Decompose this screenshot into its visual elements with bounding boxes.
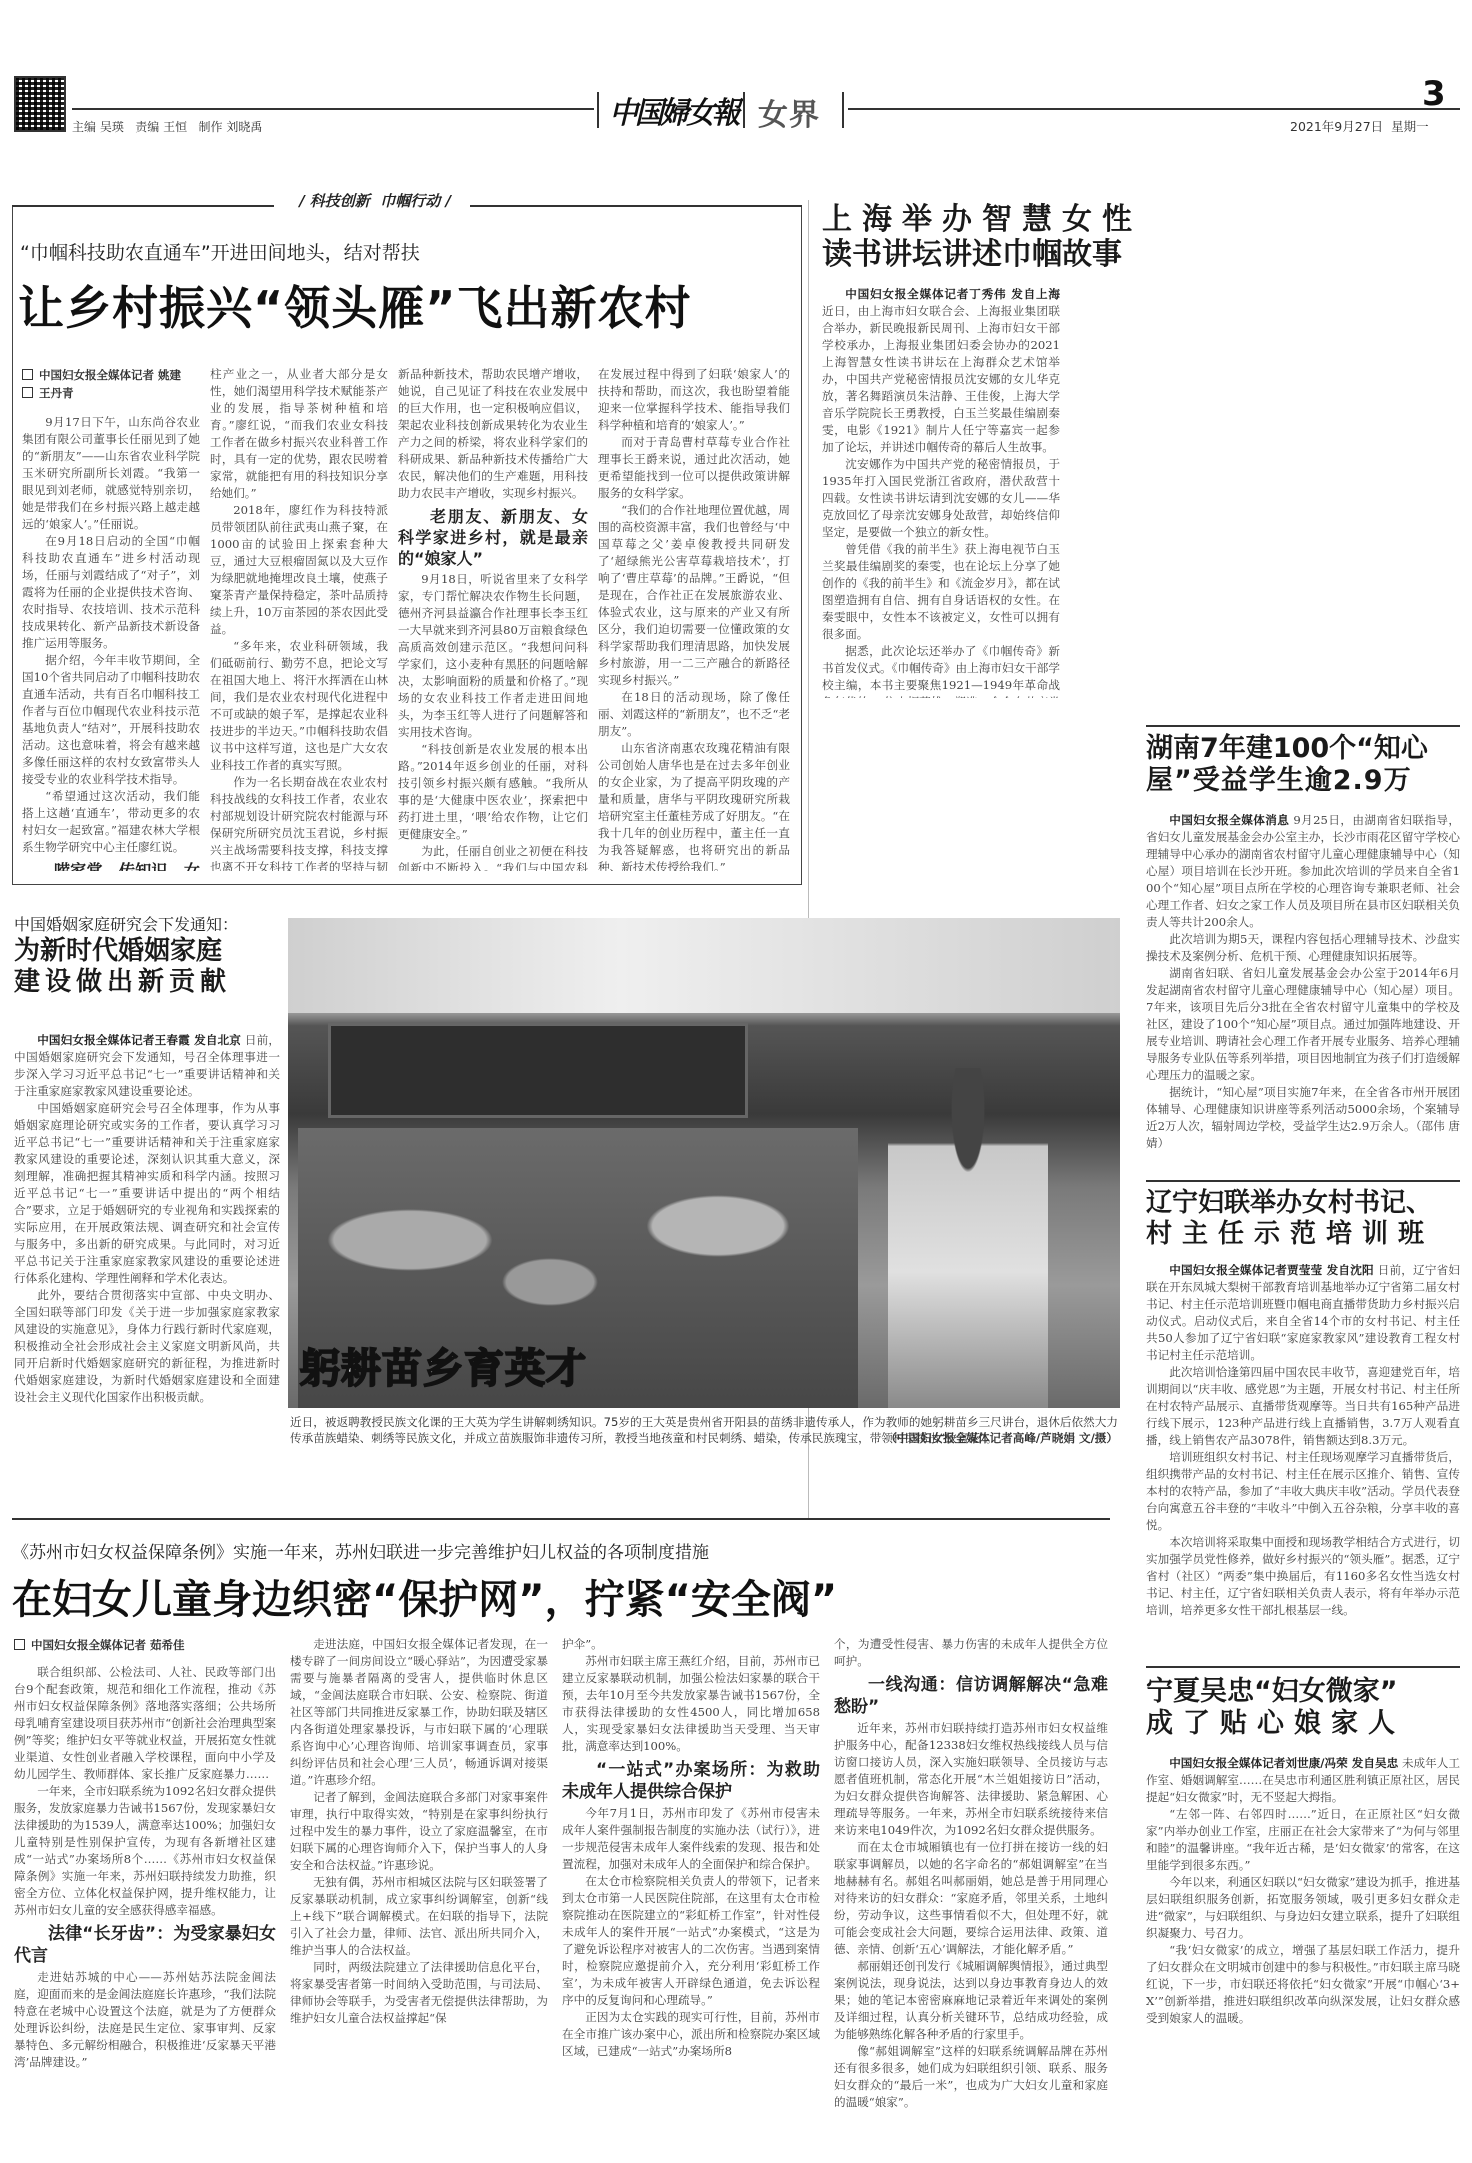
paragraph: “多年来，农业科研领域，我们砥砺前行、勤劳不息，把论文写在祖国大地上、将汗水挥洒… bbox=[210, 638, 388, 774]
paper-logo: 中国婦女報 bbox=[609, 88, 737, 132]
paragraph: 此外，要结合贯彻落实中宣部、中央文明办、全国妇联等部门印发《关于进一步加强家庭家… bbox=[14, 1287, 280, 1406]
paragraph: 湖南省妇联、省妇儿童发展基金会办公室于2014年6月发起湖南省农村留守儿童心理健… bbox=[1146, 965, 1460, 1084]
paragraph: 今年以来，利通区妇联以“妇女微家”建设为抓手，推进基层妇联组织服务创新，拓宽服务… bbox=[1146, 1874, 1460, 1942]
marriage-headline: 为新时代婚姻家庭 建设做出新贡献 bbox=[14, 936, 284, 997]
suzhou-subhead-1: 法律“长牙齿”：为受家暴妇女代言 bbox=[14, 1923, 276, 1967]
paragraph: 走进法庭，中国妇女报全媒体记者发现，在一楼专辟了一间房间设立“暖心驿站”，为因遭… bbox=[290, 1636, 548, 1789]
paragraph: 个，为遭受性侵害、暴力伤害的未成年人提供全方位呵护。 bbox=[834, 1636, 1108, 1670]
suzhou-headline: 在妇女儿童身边织密“保护网”，拧紧“安全阀” bbox=[12, 1568, 837, 1625]
marriage-kicker: 中国婚姻家庭研究会下发通知： bbox=[14, 912, 238, 935]
liaoning-body: 中国妇女报全媒体记者贾莹莹 发自沈阳 日前，辽宁省妇联在开东凤城大梨树干部教育培… bbox=[1146, 1262, 1460, 1634]
suzhou-kicker: 《苏州市妇女权益保障条例》实施一年来，苏州妇联进一步完善维护妇儿权益的各项制度措… bbox=[12, 1538, 709, 1563]
paragraph: 据悉，此次论坛还举办了《巾帼传奇》新书首发仪式。《巾帼传奇》由上海市妇女干部学校… bbox=[822, 643, 1060, 698]
shanghai-body: 中国妇女报全媒体记者丁秀伟 发自上海 近日，由上海市妇女联合会、上海报业集团联合… bbox=[822, 286, 1060, 698]
liaoning-headline: 辽宁妇联举办女村书记、 村主任示范培训班 bbox=[1146, 1188, 1462, 1249]
paragraph: 记者了解到，金阊法庭联合多部门对家事案件审理，执行中取得实效，“特别是在家事纠纷… bbox=[290, 1789, 548, 1874]
paragraph: 在太仓市检察院相关负责人的带领下，记者来到太仓市第一人民医院住院部，在这里有太仓… bbox=[562, 1873, 820, 2009]
lead-kicker: “巾帼科技助农直通车”开进田间地头，结对帮扶 bbox=[20, 238, 420, 265]
masthead-rule-right bbox=[848, 108, 1460, 110]
paragraph: 中国婚姻家庭研究会号召全体理事，作为从事婚姻家庭理论研究或实务的工作者，要认真学… bbox=[14, 1100, 280, 1287]
paragraph: 无独有偶，苏州市相城区法院与区妇联签署了反家暴联动机制，成立家事纠纷调解室，创新… bbox=[290, 1874, 548, 1959]
paragraph: 中国妇女报全媒体记者丁秀伟 发自上海 近日，由上海市妇女联合会、上海报业集团联合… bbox=[822, 286, 1060, 456]
paragraph: 中国妇女报全媒体记者王春霞 发自北京 日前，中国婚姻家庭研究会下发通知，号召全体… bbox=[14, 1032, 280, 1100]
suzhou-top-rule bbox=[12, 1518, 1110, 1520]
paragraph: 此次培训为期5天，课程内容包括心理辅导技术、沙盘实操技术及案例分析、危机干预、心… bbox=[1146, 931, 1460, 965]
paragraph: 正因为太仓实践的现实可行性，目前，苏州市在全市推广该办案中心，派出所和检察院办案… bbox=[562, 2009, 820, 2060]
hunan-rule bbox=[1146, 725, 1460, 727]
paragraph: 像“郝姐调解室”这样的妇联系统调解品牌在苏州还有很多很多，她们成为妇联组织引领、… bbox=[834, 2043, 1108, 2111]
page-number: 3 bbox=[1422, 74, 1446, 114]
paragraph: 新品种新技术，帮助农民增产增收，她说，自己见证了科技在农业发展中的巨大作用，也一… bbox=[398, 366, 588, 502]
classroom-photo: 躬耕苗乡育英才 bbox=[288, 918, 1120, 1408]
lead-col-4: 在发展过程中得到了妇联‘娘家人’的扶持和帮助，而这次，我也盼望着能迎来一位掌握科… bbox=[598, 366, 790, 871]
paragraph: 而对于青岛曹村草莓专业合作社理事长王爵来说，通过此次活动，她更希望能找到一位可以… bbox=[598, 434, 790, 502]
paragraph: 9月17日下午，山东尚谷农业集团有限公司董事长任丽见到了她的“新朋友”——山东省… bbox=[22, 414, 200, 533]
paragraph: 苏州市妇联主席王燕红介绍，目前，苏州市已建立反家暴联动机制，加强公检法妇家暴的联… bbox=[562, 1653, 820, 1755]
masthead-divider-right bbox=[842, 92, 844, 128]
paragraph: 而在太仓市城厢镇也有一位打拼在接访一线的妇联家事调解员，以她的名字命名的“郝姐调… bbox=[834, 1839, 1108, 1958]
suzhou-subhead-3: 一线沟通：信访调解解决“急难愁盼” bbox=[834, 1674, 1108, 1718]
paragraph: 走进姑苏城的中心——苏州姑苏法院金阊法庭，迎面而来的是金阊法庭庭长许惠珍，“我们… bbox=[14, 1969, 276, 2071]
hunan-headline: 湖南7年建100个“知心 屋”受益学生逾2.9万 bbox=[1146, 733, 1462, 797]
ningxia-headline: 宁夏吴忠“妇女微家” 成了贴心娘家人 bbox=[1146, 1676, 1462, 1740]
paragraph: 联合组织部、公检法司、人社、民政等部门出台9个配套政策，规范和细化工作流程，推动… bbox=[14, 1664, 276, 1783]
paragraph: 为此，任丽自创业之初便在科技创新中不断投入。“我们与中国农科院等建立了长期的合作… bbox=[398, 843, 588, 871]
photo-overlay-title: 躬耕苗乡育英才 bbox=[300, 1337, 587, 1394]
paragraph: 培训班组织女村书记、村主任现场观摩学习直播带货后，组织携带产品的女村书记、村主任… bbox=[1146, 1449, 1460, 1534]
paragraph: 近年来，苏州市妇联持续打造苏州市妇女权益维护服务中心，配备12338妇女维权热线… bbox=[834, 1720, 1108, 1839]
editor-credits: 主编 吴瑛 责编 王恒 制作 刘晓禹 bbox=[72, 118, 262, 135]
suzhou-byline: 中国妇女报全媒体记者 茹希佳 bbox=[14, 1636, 276, 1654]
lead-headline: 让乡村振兴“领头雁”飞出新农村 bbox=[18, 272, 691, 338]
liaoning-rule bbox=[1146, 1180, 1460, 1182]
lead-subhead-1: 唠家常、传知识，女农民有需求，女科学家有优势 bbox=[22, 860, 200, 871]
issue-date: 2021年9月27日 星期一 bbox=[1290, 117, 1429, 135]
paragraph: 郝丽娟还创刊发行《城厢调解舆情报》，通过典型案例说法，现身说法，达到以身边事教育… bbox=[834, 1958, 1108, 2043]
paragraph: 据介绍，今年丰收节期间，全国10个省共同启动了巾帼科技助农直通车活动，共有百名巾… bbox=[22, 652, 200, 788]
paragraph: 作为一名长期奋战在农业农村科技战线的女科技工作者，农业农村部规划设计研究院农村能… bbox=[210, 774, 388, 871]
byline-2: 王丹青 bbox=[22, 384, 200, 402]
paragraph: 本次培训将采取集中面授和现场教学相结合方式进行，切实加强学员党性修养，做好乡村振… bbox=[1146, 1534, 1460, 1619]
lead-subhead-2: 老朋友、新朋友、女科学家进乡村，就是最亲的“娘家人” bbox=[398, 506, 588, 569]
date-text: 2021年9月27日 bbox=[1290, 119, 1383, 134]
paragraph: 柱产业之一，从业者大部分是女性，她们渴望用科学技术赋能茶产业的发展，指导茶树种植… bbox=[210, 366, 388, 502]
ningxia-body: 中国妇女报全媒体记者刘世康/冯荣 发自吴忠 未成年人工作室、婚姻调解室……在吴忠… bbox=[1146, 1755, 1460, 2155]
marriage-body: 中国妇女报全媒体记者王春霞 发自北京 日前，中国婚姻家庭研究会下发通知，号召全体… bbox=[14, 1032, 280, 1492]
paragraph: 中国妇女报全媒体记者刘世康/冯荣 发自吴忠 未成年人工作室、婚姻调解室……在吴忠… bbox=[1146, 1755, 1460, 1806]
suzhou-subhead-2: “一站式”办案场所：为救助未成年人提供综合保护 bbox=[562, 1759, 820, 1803]
photo-caption: 近日，被返聘教授民族文化课的王大英为学生讲解刺绣知识。75岁的王大英是贵州省开阳… bbox=[290, 1414, 1118, 1446]
suzhou-col-4: 个，为遭受性侵害、暴力伤害的未成年人提供全方位呵护。 一线沟通：信访调解解决“急… bbox=[834, 1636, 1108, 2156]
paragraph: 沈安娜作为中国共产党的秘密情报员，于1935年打入国民党浙江省政府，潜伏敌营十四… bbox=[822, 456, 1060, 541]
masthead-divider-mid bbox=[743, 92, 745, 128]
suzhou-col-3: 护伞”。 苏州市妇联主席王燕红介绍，目前，苏州市已建立反家暴联动机制，加强公检法… bbox=[562, 1636, 820, 2156]
paragraph: 山东省济南惠农玫瑰花精油有限公司创始人唐华也是在过去多年创业的女企业家，为了提高… bbox=[598, 740, 790, 871]
lead-col-3: 新品种新技术，帮助农民增产增收，她说，自己见证了科技在农业发展中的巨大作用，也一… bbox=[398, 366, 588, 871]
paragraph: “左邻一阵、右邻四时……”近日，在正原社区“妇女微家”内举办创业工作室，庄丽正在… bbox=[1146, 1806, 1460, 1874]
weekday-text: 星期一 bbox=[1391, 119, 1429, 134]
paragraph: 据统计，“知心屋”项目实施7年来，在全省各市州开展团体辅导、心理健康知识讲座等系… bbox=[1146, 1084, 1460, 1152]
paragraph: 在发展过程中得到了妇联‘娘家人’的扶持和帮助，而这次，我也盼望着能迎来一位掌握科… bbox=[598, 366, 790, 434]
masthead-rule-left bbox=[72, 108, 594, 110]
byline-box-icon bbox=[22, 369, 33, 380]
ningxia-rule bbox=[1146, 1666, 1460, 1668]
paragraph: 一年来，全市妇联系统为1092名妇女群众提供服务，发放家庭暴力告诫书1567份，… bbox=[14, 1783, 276, 1919]
column-banner: / 科技创新 巾帼行动 / bbox=[282, 190, 468, 211]
qr-code-icon[interactable] bbox=[14, 76, 66, 132]
paragraph: 同时，两级法院建立了法律援助信息化平台，将家暴受害者第一时间纳入受助范围，与司法… bbox=[290, 1959, 548, 2027]
paragraph: 中国妇女报全媒体记者贾莹莹 发自沈阳 日前，辽宁省妇联在开东凤城大梨树干部教育培… bbox=[1146, 1262, 1460, 1364]
byline-box-icon bbox=[14, 1639, 25, 1650]
byline-box-icon bbox=[22, 387, 33, 398]
paragraph: 护伞”。 bbox=[562, 1636, 820, 1653]
photo-blackboard bbox=[328, 1023, 748, 1118]
paragraph: 在9月18日启动的全国“巾帼科技助农直通车”进乡村活动现场，任丽与刘霞结成了“对… bbox=[22, 533, 200, 652]
shanghai-headline: 上海举办智慧女性 读书讲坛讲述巾帼故事 bbox=[822, 202, 1462, 273]
paragraph: “我们的合作社地理位置优越，周围的高校资源丰富，我们也曾经与‘中国草莓之父’姜卓… bbox=[598, 502, 790, 689]
paragraph: 今年7月1日，苏州市印发了《苏州市侵害未成年人案件强制报告制度的实施办法（试行）… bbox=[562, 1805, 820, 1873]
suzhou-col-1: 中国妇女报全媒体记者 茹希佳 联合组织部、公检法司、人社、民政等部门出台9个配套… bbox=[14, 1636, 276, 2156]
section-name: 女界 bbox=[758, 90, 820, 134]
paragraph: 此次培训恰逢第四届中国农民丰收节，喜迎建党百年，培训期间以“庆丰收、感党恩”为主… bbox=[1146, 1364, 1460, 1449]
photo-teacher bbox=[888, 1068, 1048, 1408]
masthead-divider-left bbox=[597, 92, 599, 128]
lead-col-1: 中国妇女报全媒体记者 姚建 王丹青 9月17日下午，山东尚谷农业集团有限公司董事… bbox=[22, 366, 200, 871]
paragraph: “科技创新是农业发展的根本出路。”2014年返乡创业的任丽，对科技引领乡村振兴颇… bbox=[398, 741, 588, 843]
paragraph: 9月18日，听说省里来了女科学家，专门帮忙解决农作物生长问题，德州齐河县益瀛合作… bbox=[398, 571, 588, 741]
hunan-body: 中国妇女报全媒体消息 9月25日，由湖南省妇联指导，省妇女儿童发展基金会办公室主… bbox=[1146, 812, 1460, 1157]
lead-col-2: 柱产业之一，从业者大部分是女性，她们渴望用科学技术赋能茶产业的发展，指导茶树种植… bbox=[210, 366, 388, 871]
paragraph: 中国妇女报全媒体消息 9月25日，由湖南省妇联指导，省妇女儿童发展基金会办公室主… bbox=[1146, 812, 1460, 931]
byline-1: 中国妇女报全媒体记者 姚建 bbox=[22, 366, 200, 384]
photo-window bbox=[288, 918, 1120, 1013]
paragraph: 曾凭借《我的前半生》获上海电视节白玉兰奖最佳编剧奖的秦雯，也在论坛上分享了她创作… bbox=[822, 541, 1060, 643]
paragraph: 2018年，廖红作为科技特派员带领团队前往武夷山燕子窠，在1000亩的试验田上探… bbox=[210, 502, 388, 638]
banner-rule-left bbox=[12, 205, 274, 207]
paragraph: “我‘妇女微家’的成立，增强了基层妇联工作活力，提升了妇女群众在文明城市创建中的… bbox=[1146, 1942, 1460, 2027]
paragraph: 在18日的活动现场，除了像任丽、刘霞这样的“新朋友”，也不乏“老朋友”。 bbox=[598, 689, 790, 740]
suzhou-col-2: 走进法庭，中国妇女报全媒体记者发现，在一楼专辟了一间房间设立“暖心驿站”，为因遭… bbox=[290, 1636, 548, 2156]
paragraph: “希望通过这次活动，我们能搭上这趟‘直通车’，带动更多的农村妇女一起致富。”福建… bbox=[22, 788, 200, 856]
banner-rule-right bbox=[470, 205, 802, 207]
